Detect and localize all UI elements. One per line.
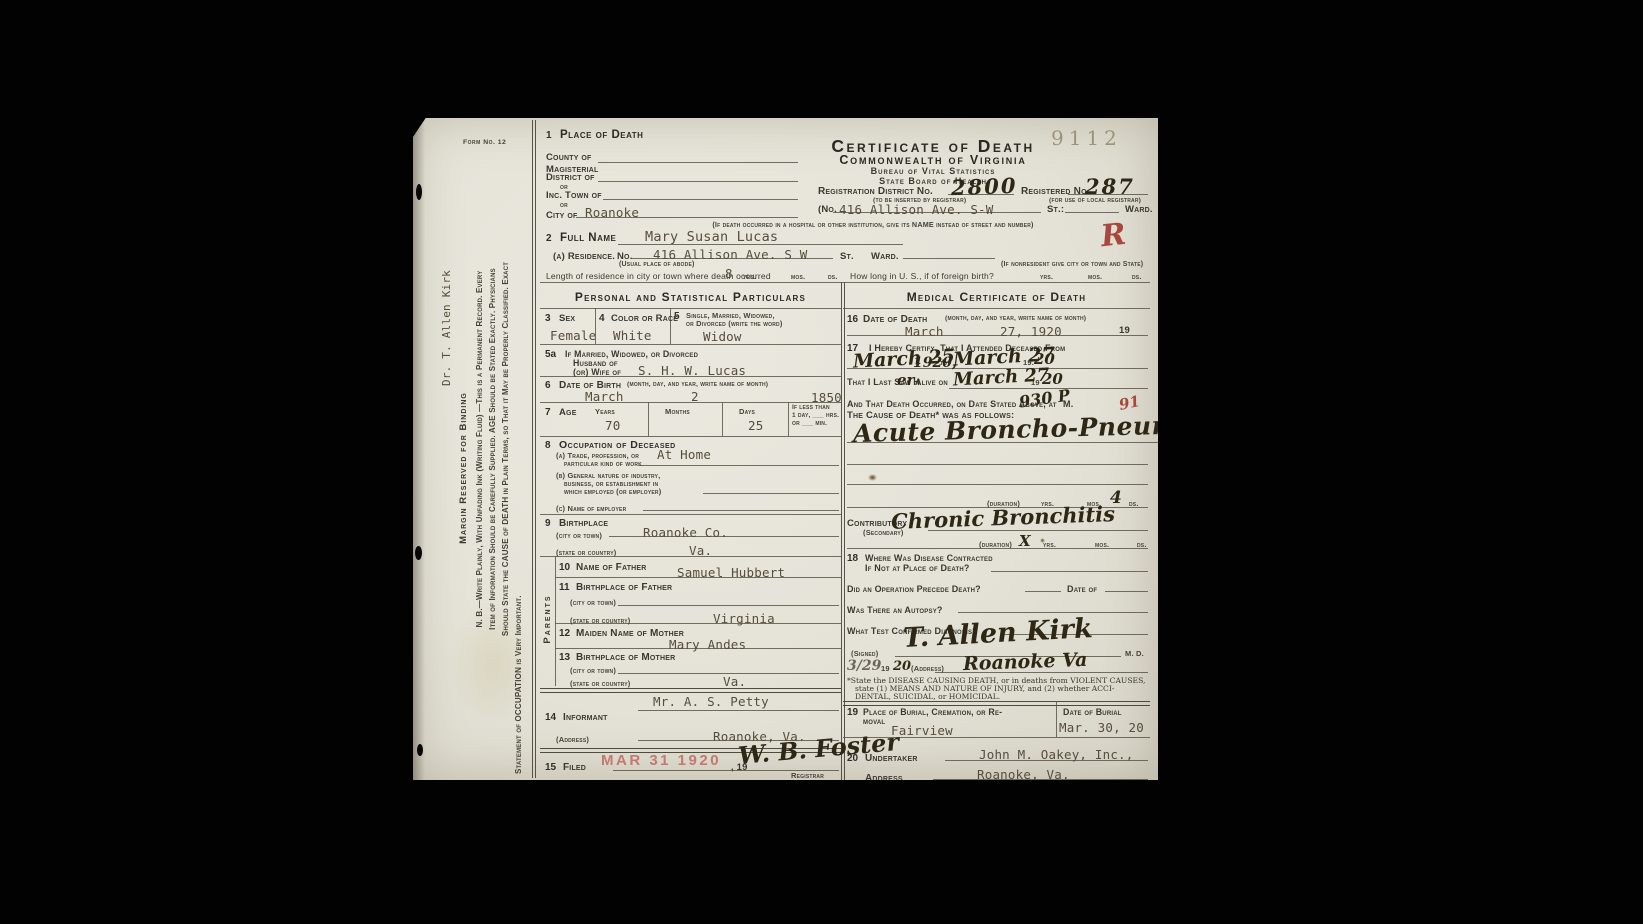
spouse-value: S. H. W. Lucas xyxy=(638,363,746,378)
death-day-year-value: 27, 1920 xyxy=(1000,324,1062,339)
field-number: 5 xyxy=(674,311,680,322)
ds-unit: ds. xyxy=(1132,272,1142,281)
nonresident-note: (If nonresident give city or town and St… xyxy=(1001,261,1143,268)
sign-address-value: Roanoke Va xyxy=(963,649,1088,675)
burial-place-value: Fairview xyxy=(891,723,953,738)
father-birthplace-state-value: Virginia xyxy=(713,611,775,626)
residence-st-label: St. xyxy=(840,251,854,262)
full-name-label: Full Name xyxy=(560,232,616,244)
rule xyxy=(540,436,841,437)
heavy-rule xyxy=(843,701,1150,706)
field-number: 6 xyxy=(545,380,551,391)
rule xyxy=(991,571,1148,572)
registrar-label: Registrar xyxy=(791,771,824,780)
sign-year-print: 19 xyxy=(881,664,890,673)
mos-unit: mos. xyxy=(1095,540,1109,549)
abode-note: (Usual place of abode) xyxy=(619,261,695,268)
mother-birthplace-state-label: (state or country) xyxy=(570,679,630,688)
father-birthplace-label: Birthplace of Father xyxy=(576,582,672,593)
rule xyxy=(639,465,839,466)
cell-divider xyxy=(788,402,789,436)
last-saw-suffix: Alive on xyxy=(915,377,948,387)
mother-name-value: Mary Andes xyxy=(669,637,746,652)
birthplace-state-value: Va. xyxy=(689,543,712,558)
if-less-line2: 1 day, ___ hrs. xyxy=(792,412,839,419)
scan-corner-wedge xyxy=(413,118,427,140)
rule xyxy=(847,484,1148,485)
md-label: M. D. xyxy=(1125,649,1144,658)
field-number: 7 xyxy=(545,407,551,418)
margin-nb-line: Should State the CAUSE of DEATH in Plain… xyxy=(501,124,510,774)
if-less-line3: or ___ min. xyxy=(792,420,827,427)
registered-no-label: Registered No. xyxy=(1021,186,1090,197)
mother-birthplace-label: Birthplace of Mother xyxy=(576,652,675,663)
field-number: 13 xyxy=(559,652,570,663)
field-number: 9 xyxy=(545,518,551,529)
form-number: Form No. 12 xyxy=(463,139,506,146)
birthplace-city-label: (city or town) xyxy=(556,531,602,540)
sign-address-label: (Address) xyxy=(911,664,944,673)
field-number: 15 xyxy=(545,762,556,773)
rule xyxy=(643,510,839,511)
county-label: County of xyxy=(546,152,592,163)
residence-ward-label: Ward. xyxy=(871,251,899,262)
registered-no-value: 287 xyxy=(1085,174,1135,199)
place-of-death-label: Place of Death xyxy=(560,129,643,141)
rule xyxy=(843,308,1150,309)
registration-district-value: 2800 xyxy=(951,173,1018,200)
sign-date-pencil: 3/29 xyxy=(847,658,881,674)
heavy-rule xyxy=(540,688,841,693)
mother-birthplace-city-label: (city or town) xyxy=(570,666,616,675)
personal-section-title: Personal and Statistical Particulars xyxy=(540,290,841,304)
burial-date-value: Mar. 30, 20 xyxy=(1059,720,1144,735)
autopsy-label: Was There an Autopsy? xyxy=(847,605,943,615)
yrs-unit: yrs. xyxy=(1043,540,1056,549)
occupation-value: At Home xyxy=(657,447,711,462)
death-month-value: March xyxy=(905,324,944,339)
rule xyxy=(598,162,798,163)
city-value: Roanoke xyxy=(585,205,639,220)
field-number: 16 xyxy=(847,314,858,325)
sex-label: Sex xyxy=(559,313,575,324)
margin-binding-note: Margin Reserved for Binding xyxy=(458,268,469,668)
filed-date-stamp: MAR 31 1920 xyxy=(601,752,721,769)
commonwealth-subtitle: Commonwealth of Virginia xyxy=(788,153,1078,167)
sign-year-value: 20 xyxy=(893,659,911,674)
attended-from-year: 1920, xyxy=(913,355,957,371)
cell-divider xyxy=(1056,701,1057,737)
ds-unit: ds. xyxy=(828,272,838,281)
marital-value: Widow xyxy=(703,329,742,344)
occupation-b-line3: which employed (or employer) xyxy=(564,487,661,496)
duration2-value: X xyxy=(1019,532,1031,550)
undertaker-address-label: Address xyxy=(865,773,903,780)
binding-notch xyxy=(417,744,423,756)
binding-notch xyxy=(416,184,422,200)
margin-nb-line: Item of Information Should be Carefully … xyxy=(488,124,497,774)
or-label: or xyxy=(560,200,568,209)
burial-date-label: Date of Burial xyxy=(1063,707,1122,717)
rule xyxy=(847,335,1148,336)
duration-label: (duration) xyxy=(979,540,1012,549)
medical-section-title: Medical Certificate of Death xyxy=(843,290,1150,304)
bureau-line: Bureau of Vital Statistics xyxy=(788,166,1078,176)
age-years-label: Years xyxy=(595,407,615,416)
residence-label: (a) Residence. xyxy=(553,251,615,262)
informant-address-label: (Address) xyxy=(556,735,589,744)
informant-label: Informant xyxy=(563,712,608,723)
scan-background: Form No. 12 Dr. T. Allen Kirk Margin Res… xyxy=(0,0,1643,924)
rule xyxy=(540,308,841,309)
parents-bracket-rule xyxy=(555,556,556,686)
marital-label-line2: or Divorced (write the word) xyxy=(686,319,783,328)
undertaker-value: John M. Oakey, Inc., xyxy=(979,747,1134,762)
death-year-print: 19 xyxy=(1119,325,1130,336)
field-number: 5a xyxy=(545,349,556,360)
margin-nb-line: Statement of OCCUPATION is Very Importan… xyxy=(514,124,523,774)
how-long-us-label: How long in U. S., if of foreign birth? xyxy=(850,271,994,281)
birthplace-city-value: Roanoke Co. xyxy=(643,525,728,540)
father-name-value: Samuel Hubbert xyxy=(677,565,785,580)
rule xyxy=(598,181,798,182)
birth-day-value: 2 xyxy=(691,389,699,404)
last-saw-pronoun: er xyxy=(897,371,914,389)
binding-notch xyxy=(415,546,422,560)
rule xyxy=(847,464,1148,465)
hospital-note: (If death occurred in a hospital or othe… xyxy=(603,220,1143,229)
burial-label-line2: moval xyxy=(863,716,885,726)
wife-of-label: (or) Wife of xyxy=(573,367,621,377)
race-value: White xyxy=(613,328,652,343)
rule xyxy=(540,344,841,345)
birth-month-value: March xyxy=(585,389,624,404)
length-residence-label: Length of residence in city or town wher… xyxy=(546,271,771,281)
length-residence-value: 8 xyxy=(725,266,733,281)
age-days-value: 25 xyxy=(748,418,763,433)
field-number: 8 xyxy=(545,440,551,451)
field-number: 12 xyxy=(559,628,570,639)
operation-label: Did an Operation Precede Death? xyxy=(847,584,981,594)
rule xyxy=(618,605,839,606)
operation-date-label: Date of xyxy=(1067,584,1097,594)
father-birthplace-state-label: (state or country) xyxy=(570,616,630,625)
field-number: 1 xyxy=(546,130,552,141)
paper-edge-shadow xyxy=(413,118,425,780)
board-line: State Board of Health xyxy=(788,176,1078,186)
inc-town-label: Inc. Town of xyxy=(546,190,602,201)
physician-signature: T. Allen Kirk xyxy=(902,613,1093,654)
age-days-label: Days xyxy=(739,407,755,416)
death-certificate-document: Form No. 12 Dr. T. Allen Kirk Margin Res… xyxy=(413,118,1158,780)
rule xyxy=(1025,591,1061,592)
margin-rule xyxy=(532,120,536,778)
street-no-label: (No. xyxy=(818,204,837,215)
father-birthplace-city-label: (city or town) xyxy=(570,598,616,607)
footnote-line: DENTAL, SUICIDAL, or HOMICIDAL. xyxy=(855,692,1000,701)
signed-label: (Signed) xyxy=(851,649,878,658)
parents-vertical-label: Parents xyxy=(542,556,553,682)
street-ward-label: Ward. xyxy=(1125,204,1153,215)
ds-unit: ds. xyxy=(1129,499,1139,508)
street-st-label: St.: xyxy=(1047,204,1064,215)
birth-year-value: 1850 xyxy=(811,390,842,405)
mother-name-label: Maiden Name of Mother xyxy=(576,628,684,639)
sex-value: Female xyxy=(550,328,596,343)
ink-blot xyxy=(868,474,877,481)
employer-label: (c) Name of employer xyxy=(556,504,626,513)
full-name-value: Mary Susan Lucas xyxy=(645,229,778,245)
informant-value: Mr. A. S. Petty xyxy=(653,694,769,709)
margin-doctor-note: Dr. T. Allen Kirk xyxy=(440,223,453,433)
city-label: City of xyxy=(546,210,578,221)
red-check-mark: R xyxy=(1099,217,1127,254)
field-number: 4 xyxy=(599,313,605,324)
mos-unit: mos. xyxy=(1088,272,1102,281)
residence-value: 416 Allison Ave. S W xyxy=(653,247,808,262)
if-less-line1: If less than xyxy=(792,404,830,411)
field-number: 11 xyxy=(559,582,570,593)
occupation-a-line2: particular kind of work xyxy=(564,459,642,468)
race-label: Color or Race xyxy=(611,313,678,324)
last-saw-year: 20 xyxy=(1042,370,1063,388)
contracted-line2: If Not at Place of Death? xyxy=(865,563,970,573)
field-number: 14 xyxy=(545,712,556,723)
rule xyxy=(638,710,839,711)
yrs-unit: yrs. xyxy=(1040,272,1053,281)
margin-nb-line: N. B.—Write Plainly, With Unfading Ink (… xyxy=(475,124,484,774)
field-number: 18 xyxy=(847,553,858,564)
birthplace-label: Birthplace xyxy=(559,518,608,529)
ds-unit: ds. xyxy=(1137,540,1147,549)
age-months-label: Months xyxy=(665,407,690,416)
rule xyxy=(703,493,839,494)
registration-district-label: Registration District No. xyxy=(818,186,933,197)
rule xyxy=(1105,591,1148,592)
birthplace-state-label: (state or country) xyxy=(556,548,616,557)
field-number: 19 xyxy=(847,707,858,718)
street-value: 416 Allison Ave. S-W xyxy=(839,202,994,217)
father-name-label: Name of Father xyxy=(576,562,647,573)
cell-divider xyxy=(648,402,649,436)
rule xyxy=(603,199,798,200)
undertaker-address-value: Roanoke, Va. xyxy=(977,767,1070,780)
rule xyxy=(1065,212,1119,213)
ink-blot xyxy=(1040,538,1045,543)
mos-unit: mos. xyxy=(791,272,805,281)
rule xyxy=(540,514,841,515)
district-label: District of xyxy=(546,172,595,183)
death-date-note: (month, day, and year, write name of mon… xyxy=(945,315,1086,322)
field-number: 10 xyxy=(559,562,570,573)
yrs-unit: yrs. xyxy=(743,272,756,281)
filed-label: Filed xyxy=(563,762,586,773)
mother-birthplace-state-value: Va. xyxy=(723,674,746,689)
age-label: Age xyxy=(559,407,577,418)
rule xyxy=(958,612,1148,613)
cell-divider xyxy=(722,402,723,436)
field-number: 2 xyxy=(546,233,552,244)
field-number: 3 xyxy=(545,313,551,324)
age-years-value: 70 xyxy=(605,418,620,433)
rule xyxy=(903,258,995,259)
contracted-line1: Where Was Disease Contracted xyxy=(865,553,993,563)
birth-date-note: (month, day, and year, write name of mon… xyxy=(627,381,768,388)
